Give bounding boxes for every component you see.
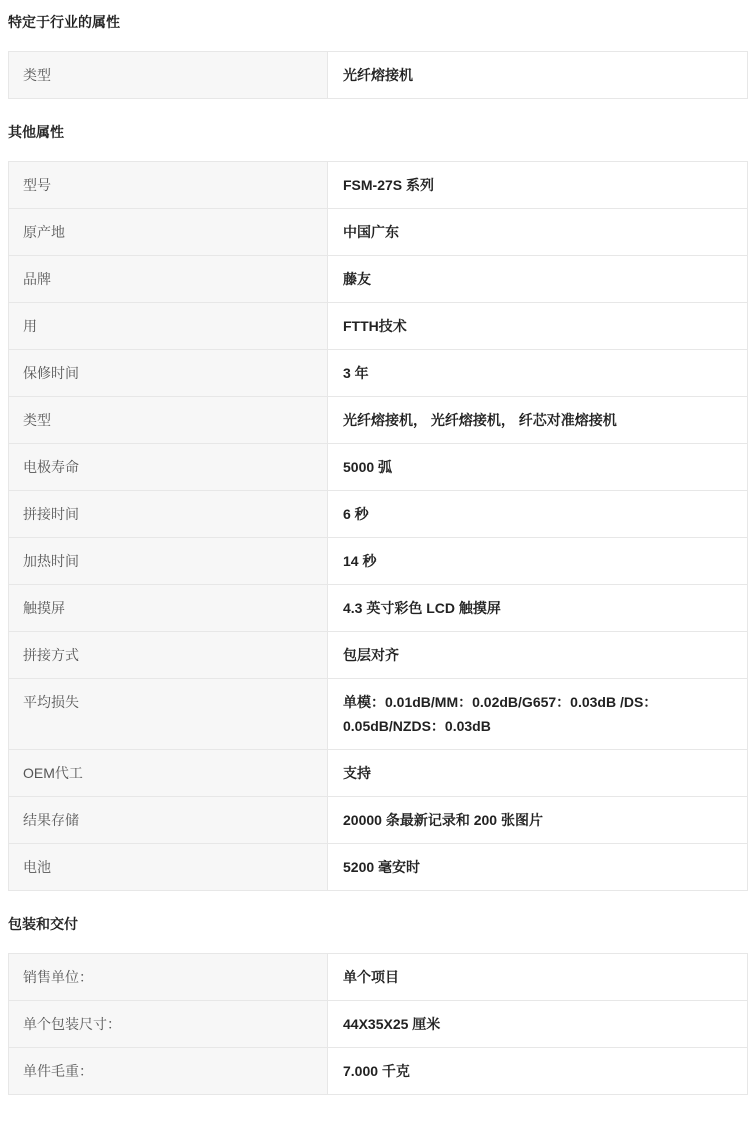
table-row: OEM代工 支持: [9, 749, 747, 796]
attribute-label: 保修时间: [9, 350, 328, 396]
attribute-value: 20000 条最新记录和 200 张图片: [328, 797, 747, 843]
attribute-label: 单件毛重：: [9, 1048, 328, 1094]
attribute-label: 加热时间: [9, 538, 328, 584]
attribute-value: 44X35X25 厘米: [328, 1001, 747, 1047]
table-row: 电极寿命 5000 弧: [9, 443, 747, 490]
table-row: 用 FTTH技术: [9, 302, 747, 349]
table-row: 原产地 中国广东: [9, 208, 747, 255]
attribute-label: 电极寿命: [9, 444, 328, 490]
attribute-value: 4.3 英寸彩色 LCD 触摸屏: [328, 585, 747, 631]
table-row: 单件毛重： 7.000 千克: [9, 1047, 747, 1094]
table-row: 单个包装尺寸： 44X35X25 厘米: [9, 1000, 747, 1047]
spec-table: 型号 FSM-27S 系列 原产地 中国广东 品牌 藤友 用 FTTH技术 保修…: [8, 161, 748, 891]
attribute-value: 单个项目: [328, 954, 747, 1000]
table-row: 电池 5200 毫安时: [9, 843, 747, 890]
attribute-value: FSM-27S 系列: [328, 162, 747, 208]
attribute-label: 单个包装尺寸：: [9, 1001, 328, 1047]
attribute-label: 平均损失: [9, 679, 328, 749]
attribute-value: 藤友: [328, 256, 747, 302]
attribute-value: 中国广东: [328, 209, 747, 255]
attribute-value: 单模：0.01dB/MM：0.02dB/G657：0.03dB /DS：0.05…: [328, 679, 747, 749]
section-other-attributes: 其他属性 型号 FSM-27S 系列 原产地 中国广东 品牌 藤友 用 FTTH…: [8, 122, 748, 891]
table-row: 销售单位： 单个项目: [9, 954, 747, 1000]
table-row: 类型 光纤熔接机: [9, 52, 747, 98]
attribute-value: 6 秒: [328, 491, 747, 537]
product-attributes-page: 特定于行业的属性 类型 光纤熔接机 其他属性 型号 FSM-27S 系列 原产地…: [0, 0, 756, 1122]
attribute-value: 3 年: [328, 350, 747, 396]
section-heading: 其他属性: [8, 122, 748, 142]
table-row: 保修时间 3 年: [9, 349, 747, 396]
table-row: 品牌 藤友: [9, 255, 747, 302]
attribute-label: 原产地: [9, 209, 328, 255]
attribute-label: 拼接时间: [9, 491, 328, 537]
attribute-value: 光纤熔接机， 光纤熔接机， 纤芯对准熔接机: [328, 397, 747, 443]
table-row: 触摸屏 4.3 英寸彩色 LCD 触摸屏: [9, 584, 747, 631]
section-heading: 包装和交付: [8, 914, 748, 934]
attribute-label: 品牌: [9, 256, 328, 302]
attribute-label: 类型: [9, 52, 328, 98]
attribute-value: 14 秒: [328, 538, 747, 584]
table-row: 拼接方式 包层对齐: [9, 631, 747, 678]
table-row: 加热时间 14 秒: [9, 537, 747, 584]
attribute-label: 拼接方式: [9, 632, 328, 678]
table-row: 型号 FSM-27S 系列: [9, 162, 747, 208]
attribute-value: 5200 毫安时: [328, 844, 747, 890]
table-row: 拼接时间 6 秒: [9, 490, 747, 537]
attribute-label: 销售单位：: [9, 954, 328, 1000]
attribute-label: 用: [9, 303, 328, 349]
attribute-value: 7.000 千克: [328, 1048, 747, 1094]
table-row: 结果存储 20000 条最新记录和 200 张图片: [9, 796, 747, 843]
attribute-label: OEM代工: [9, 750, 328, 796]
attribute-label: 型号: [9, 162, 328, 208]
spec-table: 类型 光纤熔接机: [8, 51, 748, 99]
attribute-label: 触摸屏: [9, 585, 328, 631]
attribute-value: 光纤熔接机: [328, 52, 747, 98]
section-heading: 特定于行业的属性: [8, 12, 748, 32]
attribute-value: FTTH技术: [328, 303, 747, 349]
attribute-value: 包层对齐: [328, 632, 747, 678]
attribute-label: 电池: [9, 844, 328, 890]
attribute-value: 5000 弧: [328, 444, 747, 490]
section-industry-attributes: 特定于行业的属性 类型 光纤熔接机: [8, 12, 748, 99]
attribute-label: 结果存储: [9, 797, 328, 843]
section-packaging-delivery: 包装和交付 销售单位： 单个项目 单个包装尺寸： 44X35X25 厘米 单件毛…: [8, 914, 748, 1095]
spec-table: 销售单位： 单个项目 单个包装尺寸： 44X35X25 厘米 单件毛重： 7.0…: [8, 953, 748, 1095]
table-row: 类型 光纤熔接机， 光纤熔接机， 纤芯对准熔接机: [9, 396, 747, 443]
attribute-value: 支持: [328, 750, 747, 796]
attribute-label: 类型: [9, 397, 328, 443]
table-row: 平均损失 单模：0.01dB/MM：0.02dB/G657：0.03dB /DS…: [9, 678, 747, 749]
